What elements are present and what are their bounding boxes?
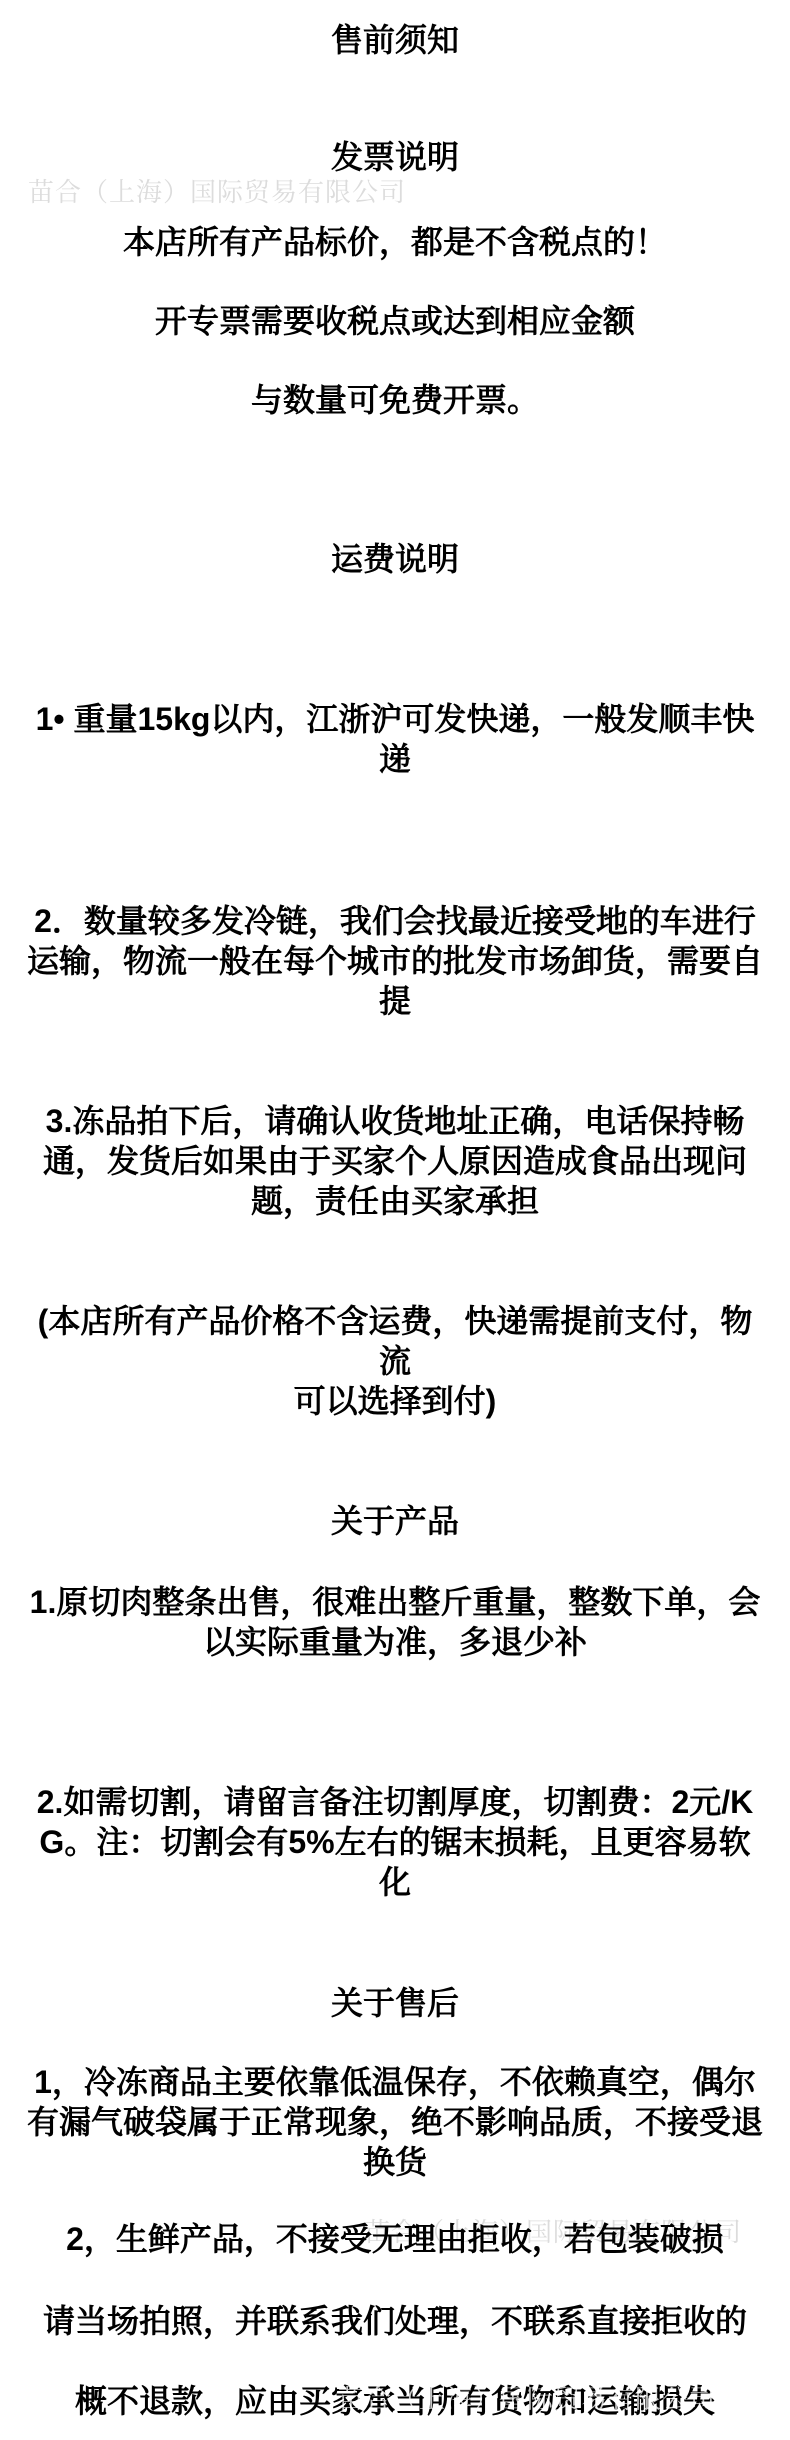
shipping-item-express: 1• 重量15kg以内，江浙沪可发快递，一般发顺丰快 递	[0, 699, 790, 779]
product-item-whole-cut: 1.原切肉整条出售，很难出整斤重量，整数下单，会 以实际重量为准，多退少补	[0, 1582, 790, 1662]
invoice-paragraph-free-invoice: 与数量可免费开票。	[0, 380, 790, 420]
shipping-section-heading: 运费说明	[0, 539, 790, 579]
invoice-section-heading: 发票说明	[0, 137, 790, 177]
aftersale-section-heading: 关于售后	[0, 1983, 790, 2023]
aftersale-item-fresh-no-rejection: 2，生鲜产品，不接受无理由拒收，若包装破损	[0, 2219, 790, 2259]
watermark-company-bottom: 苗合（上海）国际贸易有限公司	[338, 2379, 716, 2416]
product-item-cutting-fee: 2.如需切割，请留言备注切割厚度，切割费：2元/K G。注：切割会有5%左右的锯…	[0, 1782, 790, 1902]
invoice-paragraph-price-no-tax: 本店所有产品标价，都是不含税点的！	[0, 222, 790, 262]
invoice-paragraph-vat-condition: 开专票需要收税点或达到相应金额	[0, 301, 790, 341]
shipping-item-cold-chain: 2．数量较多发冷链，我们会找最近接受地的车进行 运输，物流一般在每个城市的批发市…	[0, 901, 790, 1021]
aftersale-note-photo-contact: 请当场拍照，并联系我们处理，不联系直接拒收的	[0, 2301, 790, 2341]
product-section-heading: 关于产品	[0, 1501, 790, 1541]
notice-title: 售前须知	[0, 20, 790, 60]
presale-notice-document: 售前须知 发票说明 苗合（上海）国际贸易有限公司 本店所有产品标价，都是不含税点…	[0, 0, 790, 2440]
shipping-item-frozen-address: 3.冻品拍下后，请确认收货地址正确，电话保持畅 通，发货后如果由于买家个人原因造…	[0, 1101, 790, 1221]
shipping-note-freight-excluded: (本店所有产品价格不含运费，快递需提前支付，物流 可以选择到付)	[0, 1301, 790, 1421]
aftersale-item-frozen-storage: 1，冷冻商品主要依靠低温保存，不依赖真空，偶尔 有漏气破袋属于正常现象，绝不影响…	[0, 2062, 790, 2182]
watermark-company-top: 苗合（上海）国际贸易有限公司	[28, 172, 406, 209]
